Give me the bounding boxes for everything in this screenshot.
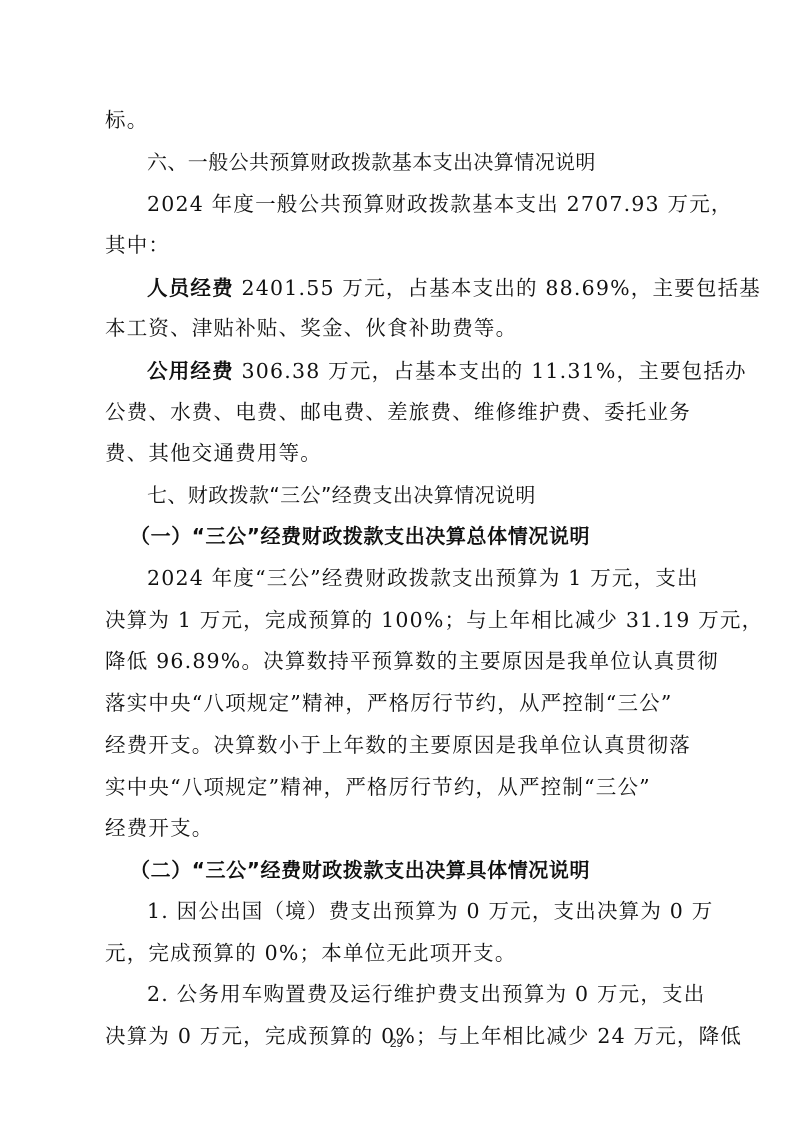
personnel-expense-line: 人员经费 2401.55 万元，占基本支出的 88.69%，主要包括基 — [147, 274, 761, 302]
public-expense-label: 公用经费 — [147, 359, 234, 383]
subsection-heading-2: （二）“三公”经费财政拨款支出决算具体情况说明 — [130, 856, 590, 884]
subsection-heading-1: （一）“三公”经费财政拨款支出决算总体情况说明 — [130, 522, 590, 550]
personnel-expense-label: 人员经费 — [147, 276, 234, 300]
paragraph-end-line: 标。 — [105, 106, 148, 134]
body-text-line: 2. 公务用车购置费及运行维护费支出预算为 0 万元，支出 — [147, 980, 705, 1008]
section-heading-7: 七、财政拨款“三公”经费支出决算情况说明 — [147, 481, 536, 509]
body-text-line: 2024 年度一般公共预算财政拨款基本支出 2707.93 万元， — [147, 190, 733, 218]
body-text-line: 元，完成预算的 0%；本单位无此项开支。 — [105, 939, 517, 967]
section-heading-6: 六、一般公共预算财政拨款基本支出决算情况说明 — [147, 148, 596, 176]
body-text-line: 本工资、津贴补贴、奖金、伙食补助费等。 — [105, 314, 517, 342]
body-text-line: 经费开支。 — [105, 814, 214, 842]
body-text-line: 降低 96.89%。决算数持平预算数的主要原因是我单位认真贯彻 — [105, 647, 719, 675]
public-expense-text: 306.38 万元，占基本支出的 11.31%，主要包括办 — [234, 359, 747, 383]
body-text-line: 经费开支。决算数小于上年数的主要原因是我单位认真贯彻落 — [105, 731, 691, 759]
body-text-line: 1. 因公出国（境）费支出预算为 0 万元，支出决算为 0 万 — [147, 897, 713, 925]
body-text-line: 实中央“八项规定”精神，严格厉行节约，从严控制“三公” — [105, 773, 651, 801]
page-number: 29 — [0, 1036, 793, 1050]
body-text-line: 公费、水费、电费、邮电费、差旅费、维修维护费、委托业务 — [105, 398, 691, 426]
body-text-line: 落实中央“八项规定”精神，严格厉行节约，从严控制“三公” — [105, 689, 673, 717]
body-text-line: 其中： — [105, 231, 170, 259]
body-text-line: 2024 年度“三公”经费财政拨款支出预算为 1 万元，支出 — [147, 564, 699, 592]
personnel-expense-text: 2401.55 万元，占基本支出的 88.69%，主要包括基 — [234, 276, 761, 300]
body-text-line: 决算为 1 万元，完成预算的 100%；与上年相比减少 31.19 万元， — [105, 606, 763, 634]
public-expense-line: 公用经费 306.38 万元，占基本支出的 11.31%，主要包括办 — [147, 357, 747, 385]
body-text-line: 费、其他交通费用等。 — [105, 439, 322, 467]
